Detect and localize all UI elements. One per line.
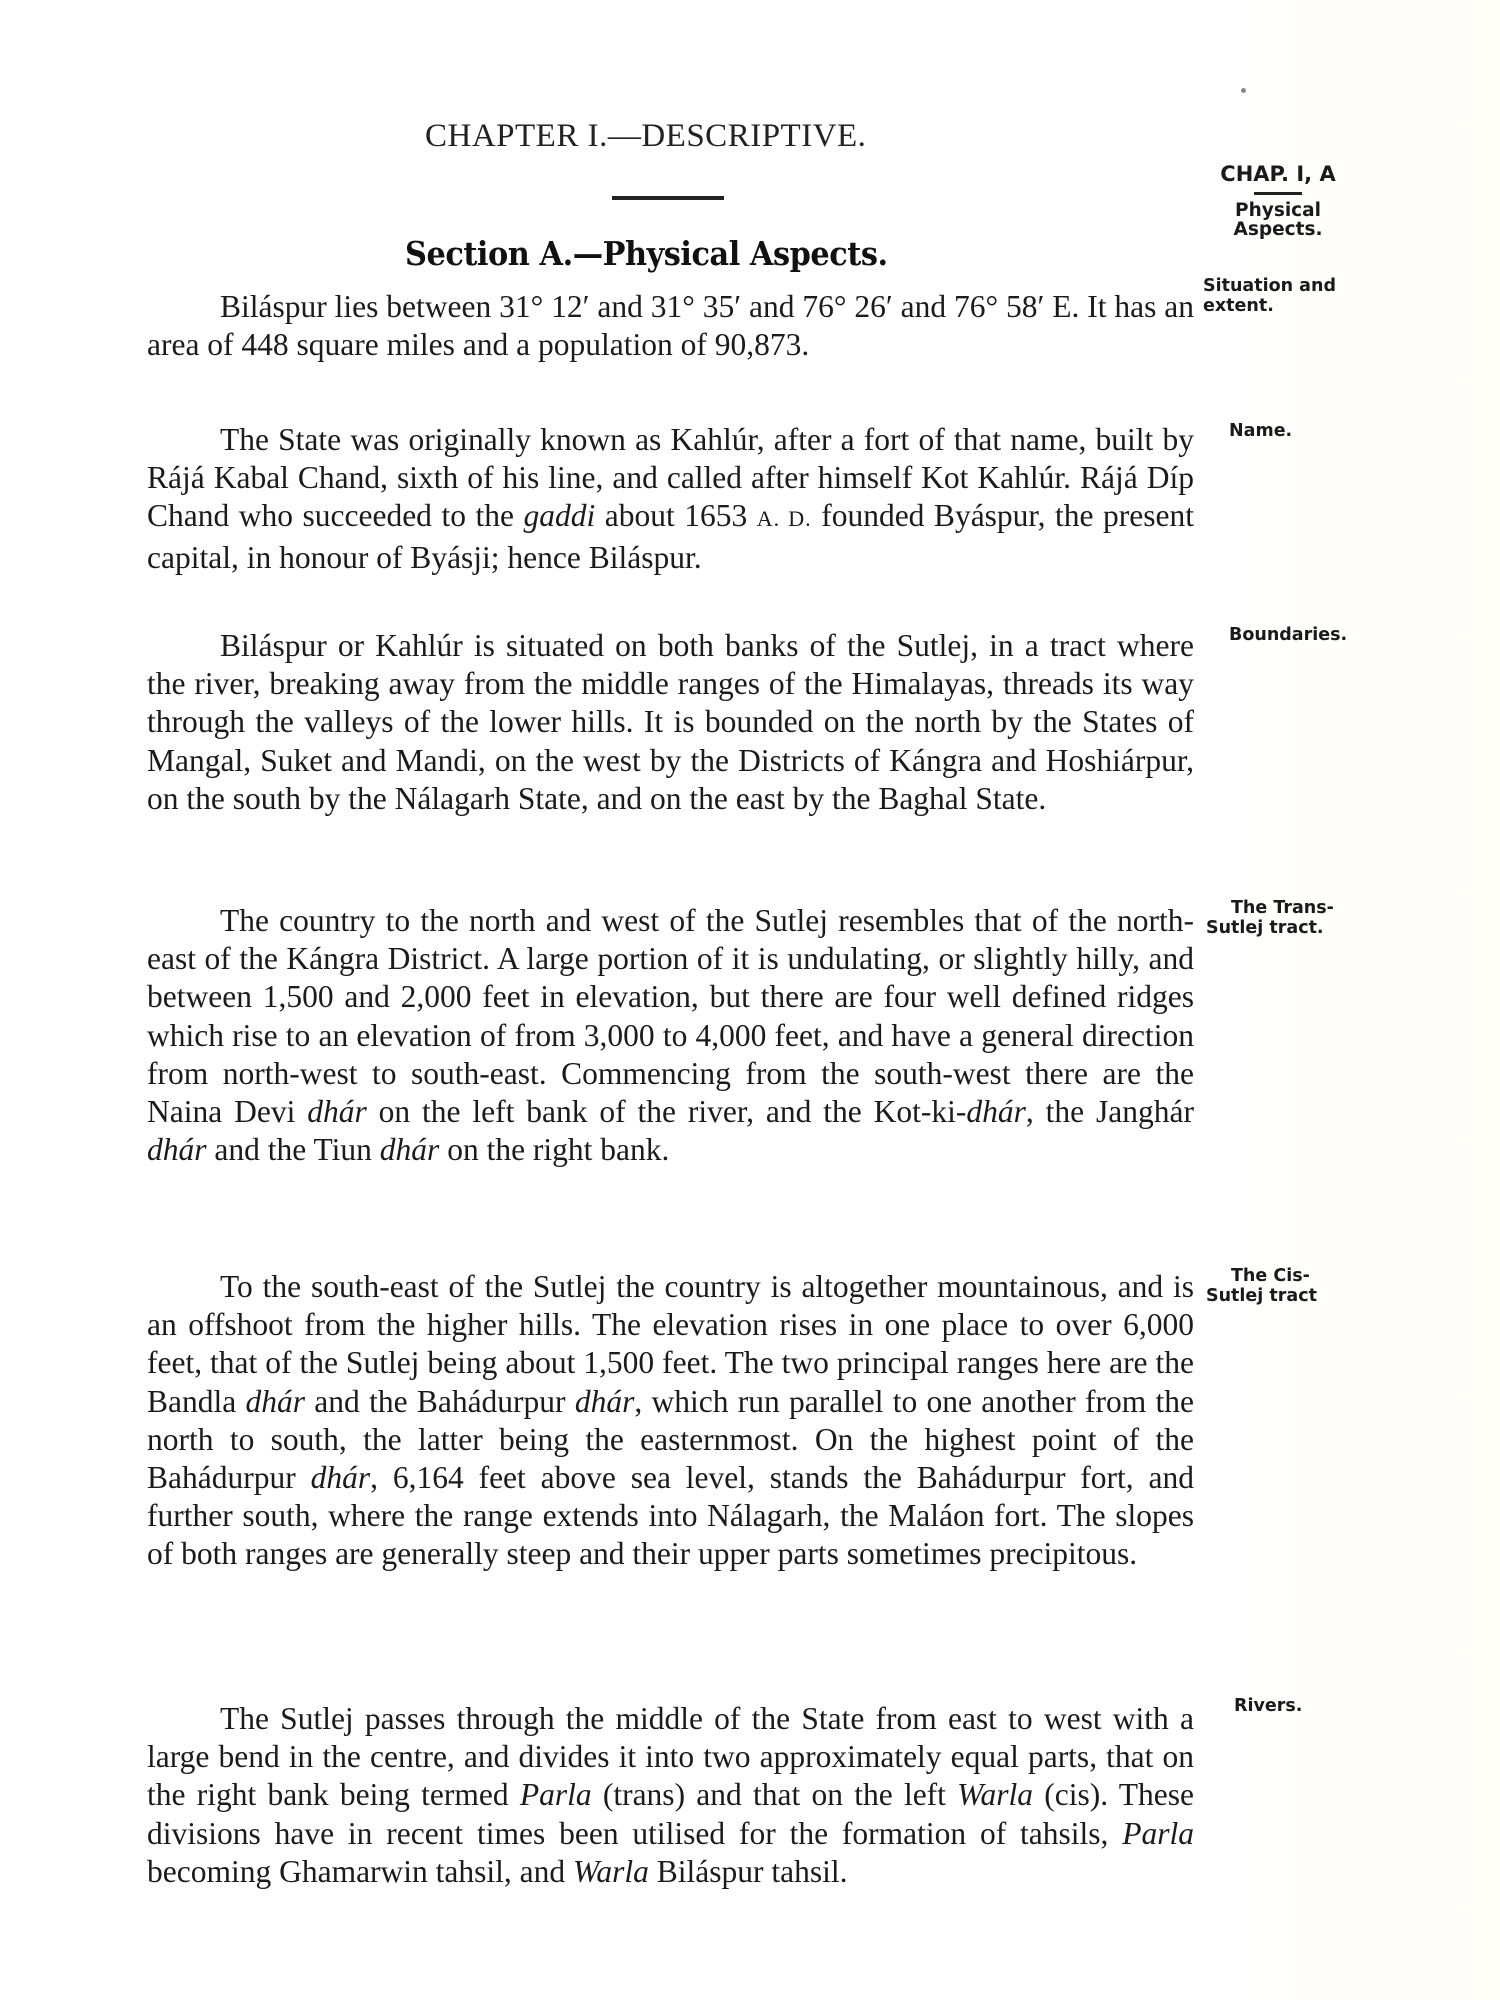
paragraph-text: Biláspur or Kahlúr is situated on both b… (147, 627, 1194, 818)
paragraph-cis-sutlej: To the south-east of the Sutlej the coun… (147, 1268, 1194, 1574)
paragraph-text: The State was originally known as Kahlúr… (147, 421, 1194, 577)
paragraph-boundaries: Biláspur or Kahlúr is situated on both b… (147, 627, 1194, 818)
sidenote-cis-sutlej-line2: Sutlej tract (1206, 1286, 1317, 1306)
sidenote-cis-sutlej: The Cis- Sutlej tract (1206, 1266, 1317, 1306)
sidenote-trans-sutlej-line2: Sutlej tract. (1206, 918, 1334, 938)
sidenote-trans-sutlej-line1: The Trans- (1206, 898, 1334, 918)
chapter-divider-rule (612, 196, 724, 200)
chapter-reference: CHAP. I, A (1220, 162, 1335, 186)
sidenote-boundaries: Boundaries. (1229, 625, 1347, 645)
paragraph-text: The Sutlej passes through the middle of … (147, 1700, 1194, 1891)
section-reference-line1: Physical (1198, 201, 1358, 220)
paragraph-text: Biláspur lies between 31° 12′ and 31° 35… (147, 288, 1194, 364)
sidenote-trans-sutlej: The Trans- Sutlej tract. (1206, 898, 1334, 938)
sidenote-situation-line1: Situation and (1203, 276, 1336, 296)
scan-speck (1241, 88, 1246, 93)
sidenote-name: Name. (1229, 421, 1292, 441)
small-caps-era: A. D. (757, 506, 812, 531)
section-heading: Section A.—Physical Aspects. (405, 234, 920, 273)
paragraph-trans-sutlej: The country to the north and west of the… (147, 902, 1194, 1169)
sidenote-rivers: Rivers. (1234, 1696, 1302, 1716)
italic-term: gaddi (523, 498, 595, 533)
paragraph-name: The State was originally known as Kahlúr… (147, 421, 1194, 577)
paragraph-text: The country to the north and west of the… (147, 902, 1194, 1169)
paragraph-text: To the south-east of the Sutlej the coun… (147, 1268, 1194, 1574)
paragraph-rivers: The Sutlej passes through the middle of … (147, 1700, 1194, 1891)
running-head: CHAP. I, A Physical Aspects. (1198, 162, 1358, 239)
sidenote-situation-line2: extent. (1203, 296, 1336, 316)
chapter-heading: CHAPTER I.—DESCRIPTIVE. (425, 118, 945, 155)
section-reference-line2: Aspects. (1198, 220, 1358, 239)
sidenote-cis-sutlej-line1: The Cis- (1206, 1266, 1317, 1286)
sidenote-situation: Situation and extent. (1203, 276, 1336, 316)
paragraph-situation: Biláspur lies between 31° 12′ and 31° 35… (147, 288, 1194, 364)
running-head-rule (1254, 192, 1302, 195)
